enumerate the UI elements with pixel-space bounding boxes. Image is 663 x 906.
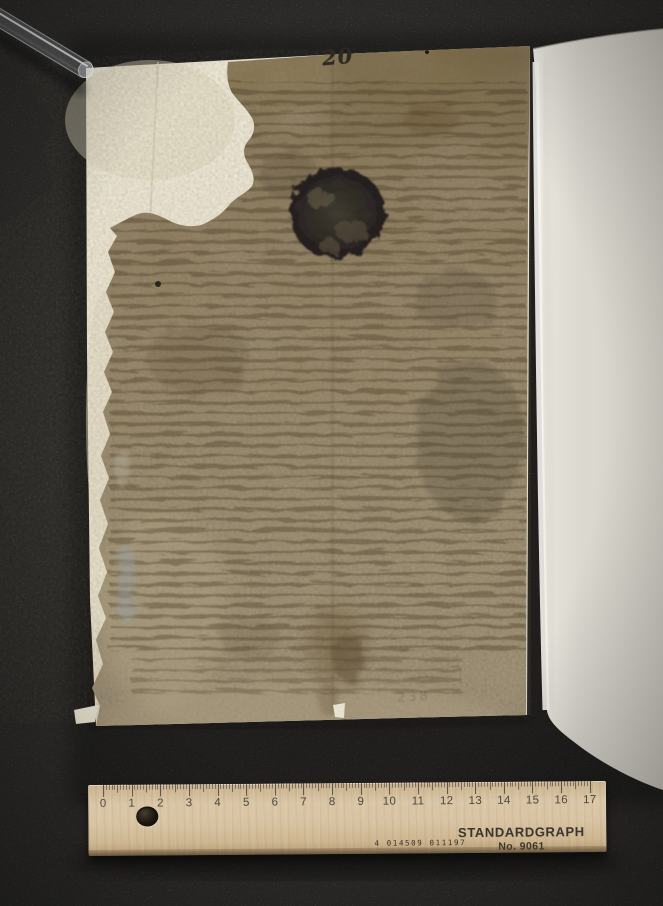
ruler-tick bbox=[369, 783, 370, 788]
ruler-number: 9 bbox=[357, 796, 364, 808]
ruler-tick bbox=[584, 781, 585, 786]
ruler-tick bbox=[292, 783, 293, 788]
ruler-tick bbox=[203, 784, 204, 792]
ruler-number: 6 bbox=[272, 797, 279, 809]
pencil-foliation: 238 bbox=[397, 689, 432, 706]
photo-stage: 20 238 01234567891011121314151617 4 0145… bbox=[0, 0, 663, 906]
ruler-tick bbox=[492, 782, 493, 787]
ruler-tick bbox=[189, 784, 190, 796]
ruler-tick bbox=[535, 781, 536, 786]
ruler-tick bbox=[312, 783, 313, 788]
folio-number: 20 bbox=[321, 43, 354, 71]
ruler-tick bbox=[229, 784, 230, 789]
ruler-tick bbox=[117, 785, 118, 793]
ruler-tick bbox=[567, 781, 568, 786]
ruler-tick bbox=[455, 782, 456, 787]
ruler-tick bbox=[412, 782, 413, 787]
ruler-tick bbox=[550, 781, 551, 786]
ruler-number: 4 bbox=[214, 797, 221, 809]
ruler-tick bbox=[243, 784, 244, 789]
ruler-tick bbox=[235, 784, 236, 789]
ruler-tick bbox=[458, 782, 459, 787]
ruler-tick bbox=[510, 782, 511, 787]
ruler-tick bbox=[275, 784, 276, 796]
ruler-tick bbox=[338, 783, 339, 788]
ruler-brand: STANDARDGRAPH bbox=[428, 824, 614, 840]
ruler-tick bbox=[495, 782, 496, 787]
ruler-tick bbox=[573, 781, 574, 786]
ruler-tick bbox=[355, 783, 356, 788]
ruler-tick bbox=[123, 785, 124, 790]
ruler-tick bbox=[438, 782, 439, 787]
ruler-tick bbox=[321, 783, 322, 788]
ruler-tick bbox=[524, 782, 525, 787]
ruler-tick bbox=[398, 783, 399, 788]
ruler-number: 8 bbox=[329, 796, 336, 808]
ruler-tick bbox=[280, 783, 281, 788]
ruler-tick bbox=[200, 784, 201, 789]
ruler-tick bbox=[183, 784, 184, 789]
ruler-tick bbox=[527, 782, 528, 787]
ruler-tick bbox=[306, 783, 307, 788]
ruler-tick bbox=[481, 782, 482, 787]
ruler-tick bbox=[464, 782, 465, 787]
ruler-tick bbox=[212, 784, 213, 789]
ruler-tick bbox=[137, 785, 138, 790]
ruler-tick bbox=[109, 785, 110, 790]
ruler-tick bbox=[507, 782, 508, 787]
ruler-tick bbox=[218, 784, 219, 796]
ruler-tick bbox=[447, 782, 448, 794]
ruler-tick bbox=[255, 784, 256, 789]
ruler-tick bbox=[404, 783, 405, 791]
ruler-tick bbox=[143, 785, 144, 790]
ruler-tick bbox=[169, 784, 170, 789]
ruler-number: 13 bbox=[469, 795, 483, 807]
ruler-tick bbox=[581, 781, 582, 786]
ruler-tick bbox=[160, 784, 161, 796]
ruler-tick bbox=[389, 783, 390, 795]
ruler-tick bbox=[358, 783, 359, 788]
ruler-tick bbox=[435, 782, 436, 787]
ruler-tick bbox=[134, 785, 135, 790]
ruler-tick bbox=[587, 781, 588, 786]
ruler-tick bbox=[538, 781, 539, 786]
ruler-tick bbox=[558, 781, 559, 786]
ruler-tick bbox=[487, 782, 488, 787]
ruler-tick bbox=[223, 784, 224, 789]
ruler-number: 1 bbox=[128, 798, 135, 810]
ruler-tick bbox=[552, 781, 553, 786]
ruler-tick bbox=[515, 782, 516, 787]
ruler-tick bbox=[541, 781, 542, 786]
ruler-tick bbox=[323, 783, 324, 788]
ruler-tick bbox=[461, 782, 462, 790]
ruler-tick bbox=[498, 782, 499, 787]
ruler-tick bbox=[175, 784, 176, 792]
ruler-tick bbox=[501, 782, 502, 787]
ruler-tick bbox=[555, 781, 556, 786]
ruler-tick bbox=[301, 783, 302, 788]
ruler-tick bbox=[472, 782, 473, 787]
ruler-number: 7 bbox=[300, 796, 307, 808]
ruler-tick bbox=[132, 785, 133, 797]
ruler-tick bbox=[238, 784, 239, 789]
ruler-tick bbox=[263, 784, 264, 789]
ruler-tick bbox=[126, 785, 127, 790]
ruler-tick bbox=[364, 783, 365, 788]
ruler-tick bbox=[249, 784, 250, 789]
ruler-tick bbox=[512, 782, 513, 787]
ruler-tick bbox=[329, 783, 330, 788]
ruler-tick bbox=[415, 782, 416, 787]
ruler-hanging-hole bbox=[136, 806, 158, 826]
ruler-tick bbox=[152, 784, 153, 789]
ruler-number: 16 bbox=[554, 794, 568, 806]
ruler-tick bbox=[366, 783, 367, 788]
ruler-tick bbox=[106, 785, 107, 790]
ruler-tick bbox=[386, 783, 387, 788]
ruler-tick bbox=[318, 783, 319, 791]
ruler-tick bbox=[195, 784, 196, 789]
ruler-tick bbox=[246, 784, 247, 796]
ruler-tick bbox=[220, 784, 221, 789]
ruler-tick bbox=[186, 784, 187, 789]
ruler-model-number: No. 9061 bbox=[428, 840, 614, 853]
ruler-tick bbox=[375, 783, 376, 791]
ruler-tick bbox=[197, 784, 198, 789]
ruler-number: 17 bbox=[583, 794, 597, 806]
ruler-tick bbox=[112, 785, 113, 790]
ruler-tick bbox=[283, 783, 284, 788]
ruler-tick bbox=[575, 781, 576, 789]
ruler-tick bbox=[392, 783, 393, 788]
ruler-tick bbox=[315, 783, 316, 788]
ruler-tick bbox=[349, 783, 350, 788]
ruler-tick bbox=[578, 781, 579, 786]
ruler-tick bbox=[478, 782, 479, 787]
ruler-tick bbox=[427, 782, 428, 787]
ruler-tick bbox=[352, 783, 353, 788]
ruler-tick bbox=[475, 782, 476, 794]
ruler-number: 0 bbox=[100, 798, 107, 810]
ruler-tick bbox=[103, 785, 104, 797]
ruler-tick bbox=[469, 782, 470, 787]
ruler-tick bbox=[532, 782, 533, 794]
ruler: 01234567891011121314151617 4 014509 0111… bbox=[88, 781, 607, 856]
ruler-tick bbox=[129, 785, 130, 790]
ruler-tick bbox=[429, 782, 430, 787]
ruler-tick bbox=[172, 784, 173, 789]
ruler-number: 15 bbox=[526, 794, 540, 806]
ruler-tick bbox=[120, 785, 121, 790]
ruler-tick bbox=[206, 784, 207, 789]
ruler-tick bbox=[272, 784, 273, 789]
ruler-tick bbox=[444, 782, 445, 787]
ruler-tick bbox=[240, 784, 241, 789]
ruler-tick bbox=[326, 783, 327, 788]
ruler-tick bbox=[547, 781, 548, 789]
ruler-tick bbox=[544, 781, 545, 786]
ruler-tick bbox=[467, 782, 468, 787]
ruler-tick bbox=[289, 783, 290, 791]
ruler-tick bbox=[232, 784, 233, 792]
ruler-tick bbox=[432, 782, 433, 790]
vignette bbox=[0, 0, 663, 906]
ruler-tick bbox=[561, 781, 562, 793]
ruler-tick bbox=[114, 785, 115, 790]
ruler-number: 2 bbox=[157, 797, 164, 809]
ruler-tick bbox=[504, 782, 505, 794]
ruler-number: 3 bbox=[186, 797, 193, 809]
ruler-tick bbox=[590, 781, 591, 793]
ruler-tick bbox=[570, 781, 571, 786]
ruler-number: 12 bbox=[440, 795, 454, 807]
ruler-tick bbox=[395, 783, 396, 788]
ruler-tick bbox=[384, 783, 385, 788]
ruler-tick bbox=[521, 782, 522, 787]
ruler-tick bbox=[332, 783, 333, 795]
ruler-tick bbox=[140, 785, 141, 790]
ruler-tick bbox=[166, 784, 167, 789]
ruler-tick bbox=[341, 783, 342, 788]
ruler-tick bbox=[564, 781, 565, 786]
ruler-tick bbox=[424, 782, 425, 787]
ruler-tick bbox=[278, 784, 279, 789]
ruler-tick bbox=[309, 783, 310, 788]
ruler-tick bbox=[449, 782, 450, 787]
ruler-tick bbox=[295, 783, 296, 788]
ruler-tick bbox=[343, 783, 344, 788]
ruler-tick bbox=[177, 784, 178, 789]
ruler-tick bbox=[269, 784, 270, 789]
ruler-tick bbox=[266, 784, 267, 789]
ruler-tick bbox=[260, 784, 261, 792]
ruler-tick bbox=[298, 783, 299, 788]
ruler-tick bbox=[421, 782, 422, 787]
manuscript-photo-scene bbox=[0, 0, 663, 906]
ruler-tick bbox=[346, 783, 347, 791]
ruler-tick bbox=[489, 782, 490, 790]
ruler-tick bbox=[441, 782, 442, 787]
ruler-tick bbox=[192, 784, 193, 789]
ruler-tick bbox=[381, 783, 382, 788]
ruler-tick bbox=[303, 783, 304, 795]
ruler-tick bbox=[258, 784, 259, 789]
ruler-number: 11 bbox=[412, 795, 425, 807]
ruler-tick bbox=[163, 784, 164, 789]
ruler-tick bbox=[226, 784, 227, 789]
ruler-tick bbox=[484, 782, 485, 787]
ruler-tick bbox=[209, 784, 210, 789]
ruler-tick bbox=[286, 783, 287, 788]
ruler-tick bbox=[361, 783, 362, 795]
ruler-number: 14 bbox=[497, 795, 511, 807]
ruler-tick bbox=[418, 782, 419, 794]
ruler-tick bbox=[409, 782, 410, 787]
ruler-tick bbox=[335, 783, 336, 788]
ruler-tick bbox=[155, 784, 156, 789]
ruler-number: 10 bbox=[383, 796, 397, 808]
ruler-tick bbox=[180, 784, 181, 789]
ruler-number: 5 bbox=[243, 797, 250, 809]
ruler-tick bbox=[215, 784, 216, 789]
ruler-tick bbox=[406, 782, 407, 787]
ruler-tick bbox=[252, 784, 253, 789]
ruler-tick bbox=[452, 782, 453, 787]
ruler-tick bbox=[530, 782, 531, 787]
ruler-tick bbox=[372, 783, 373, 788]
ruler-label-box: STANDARDGRAPH No. 9061 bbox=[428, 824, 614, 853]
ruler-tick bbox=[401, 783, 402, 788]
ruler-tick bbox=[149, 785, 150, 790]
ruler-tick bbox=[378, 783, 379, 788]
ruler-tick bbox=[157, 784, 158, 789]
ruler-tick bbox=[146, 785, 147, 793]
ruler-tick bbox=[518, 782, 519, 790]
